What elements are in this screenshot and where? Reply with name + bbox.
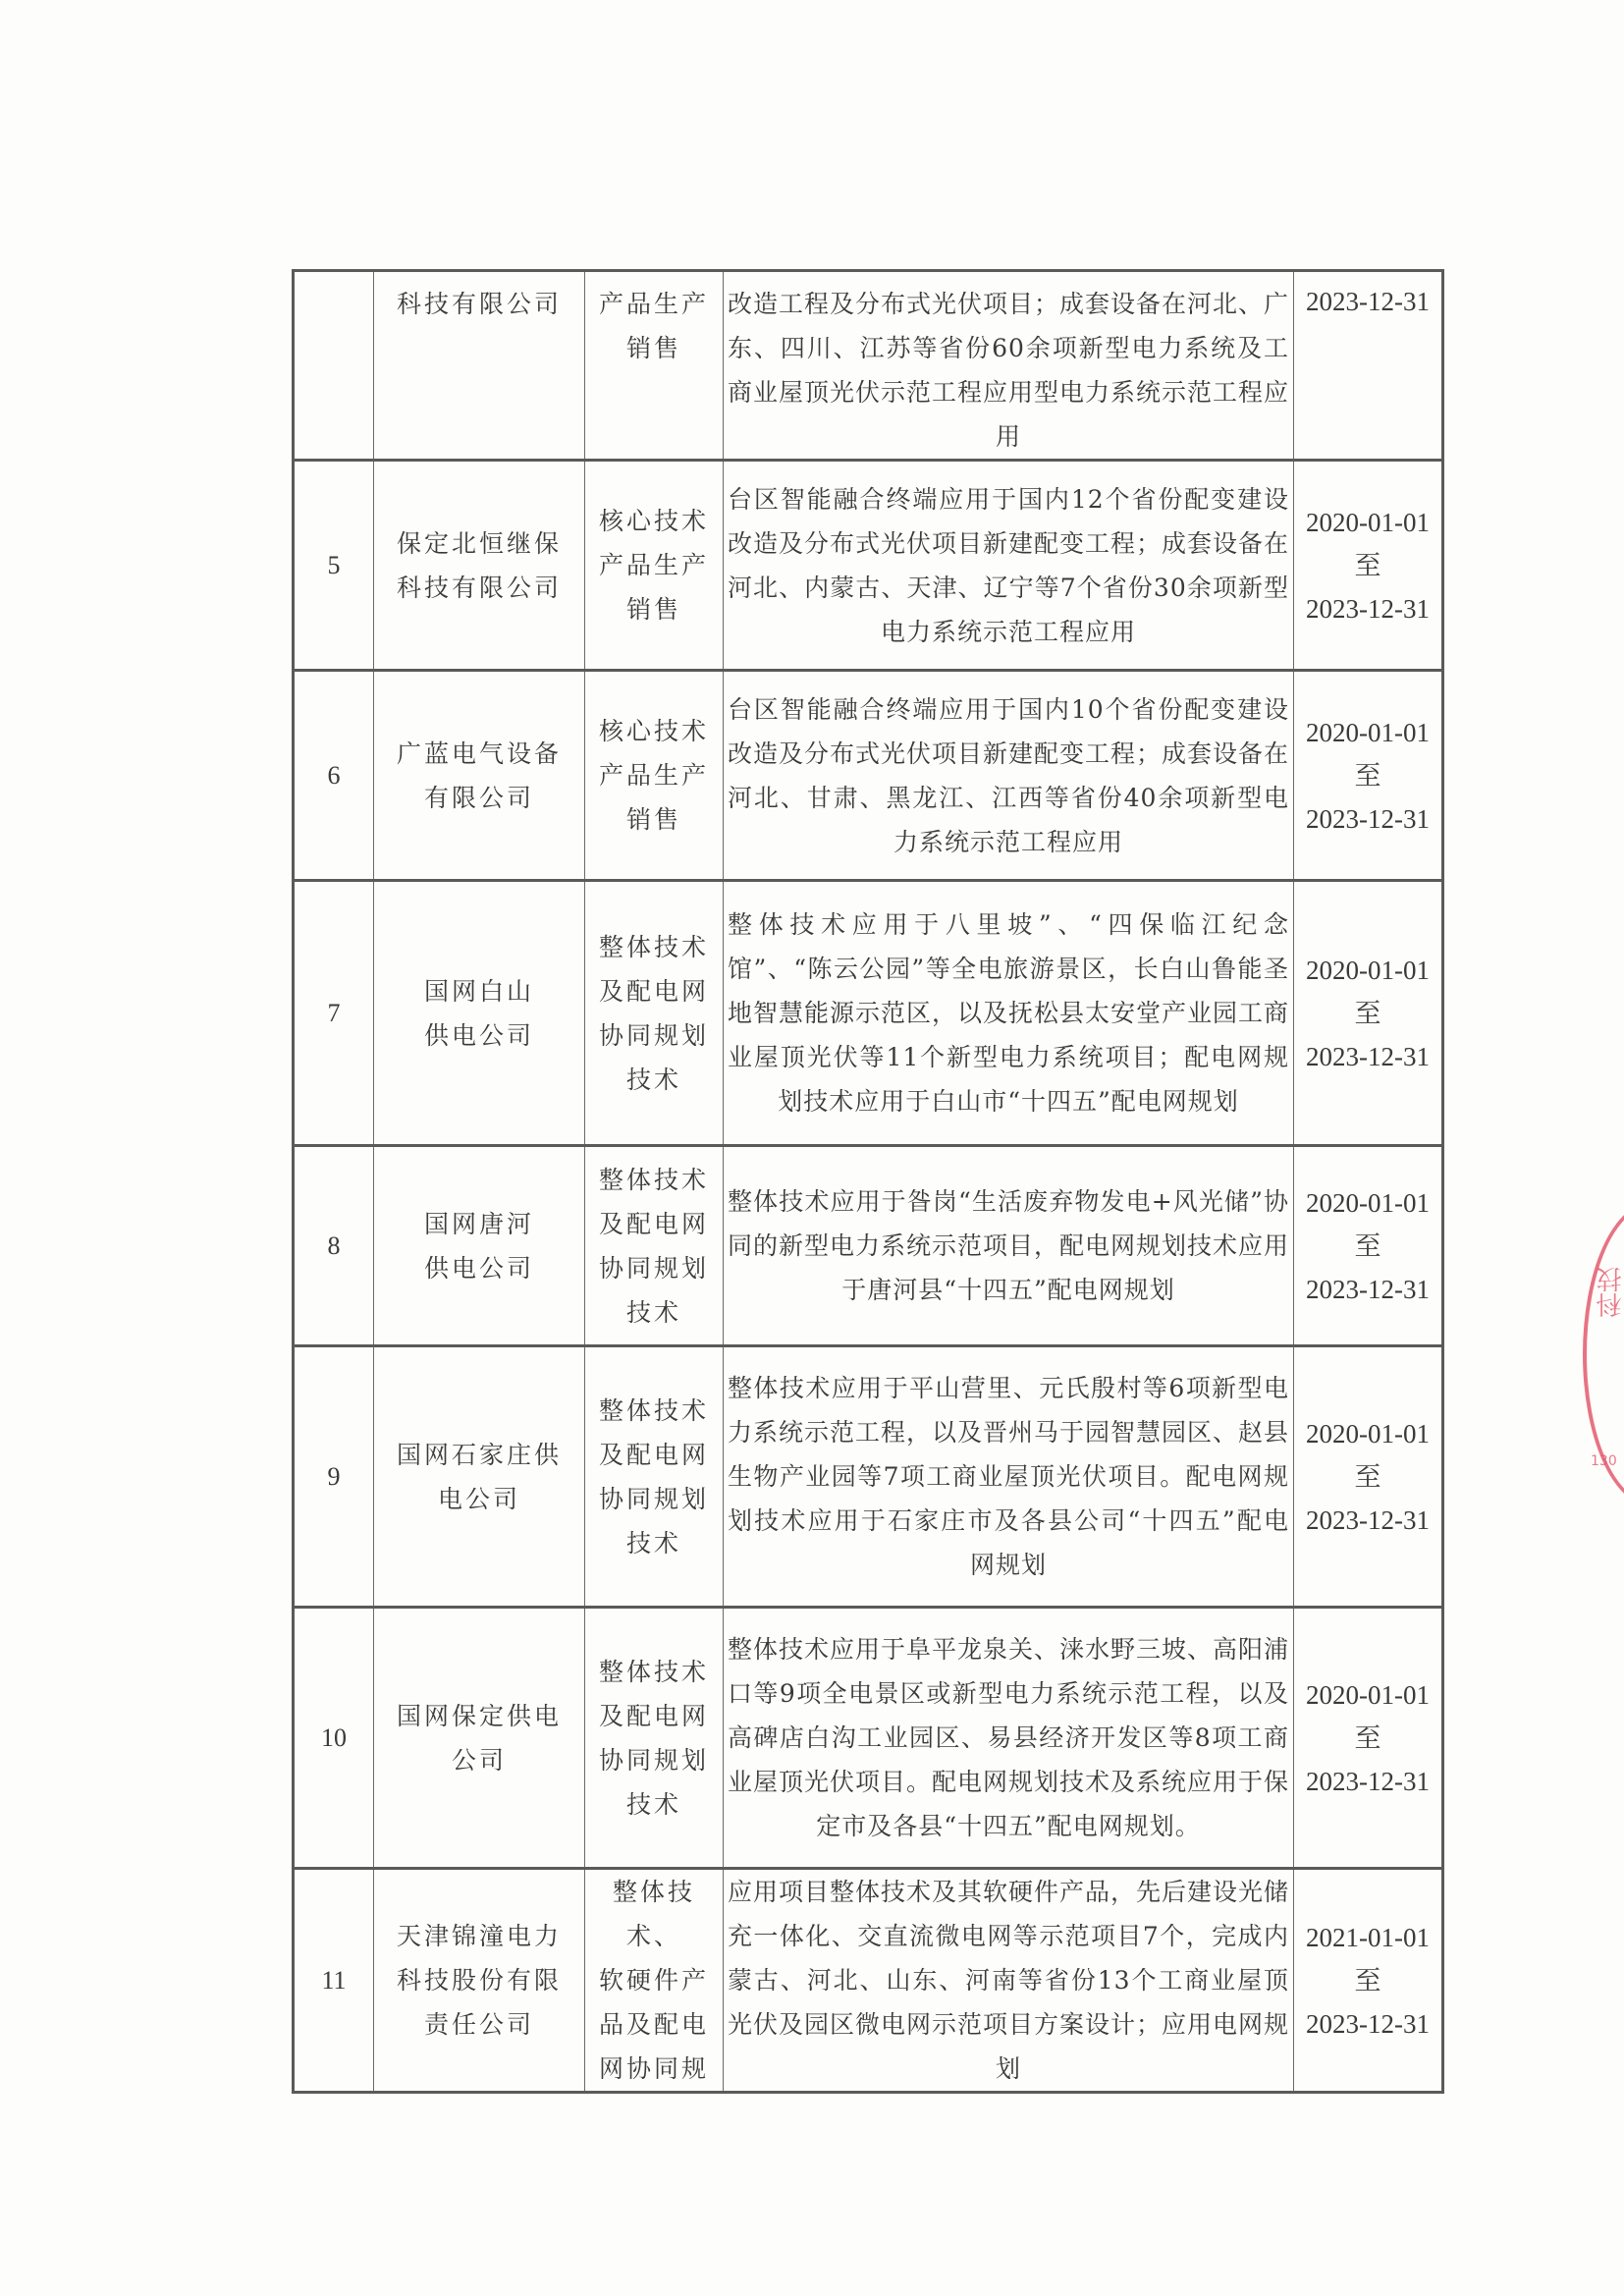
table-row: 9国网石家庄供电公司整体技术及配电网协同规划技术整体技术应用于平山营里、元氏殷村… <box>294 1346 1443 1608</box>
application-type: 整体技术及配电网协同规划技术 <box>585 1608 724 1869</box>
seal-text: 科技 <box>1593 1267 1624 1318</box>
table-row: 10国网保定供电公司整体技术及配电网协同规划技术整体技术应用于阜平龙泉关、涞水野… <box>294 1608 1443 1869</box>
application-type-line: 及配电网 <box>591 969 717 1013</box>
application-type-line: 技术 <box>591 1782 717 1827</box>
application-description: 台区智能融合终端应用于国内12个省份配变建设改造及分布式光伏项目新建配变工程；成… <box>724 461 1294 671</box>
row-number: 8 <box>294 1146 374 1346</box>
application-period: 2021-01-01至2023-12-31 <box>1294 1869 1443 2093</box>
application-type: 产品生产销售 <box>585 271 724 461</box>
application-description: 整体技术应用于阜平龙泉关、涞水野三坡、高阳浦口等9项全电景区或新型电力系统示范工… <box>724 1608 1294 1869</box>
organization-name: 国网唐河供电公司 <box>374 1146 585 1346</box>
date-sep: 至 <box>1294 1717 1441 1760</box>
application-type-line: 销售 <box>591 326 717 370</box>
table-row: 6广蓝电气设备有限公司核心技术产品生产销售台区智能融合终端应用于国内10个省份配… <box>294 671 1443 881</box>
application-type-line: 核心技术 <box>591 709 717 753</box>
date-end: 2023-12-31 <box>1294 1035 1441 1078</box>
date-sep: 至 <box>1294 1455 1441 1499</box>
application-type-line: 整体技术 <box>591 1158 717 1202</box>
application-type-line: 整体技术 <box>591 1389 717 1433</box>
row-number: 5 <box>294 461 374 671</box>
application-period: 2020-01-01至2023-12-31 <box>1294 881 1443 1146</box>
application-period: 2023-12-31 <box>1294 271 1443 461</box>
application-period: 2020-01-01至2023-12-31 <box>1294 1608 1443 1869</box>
application-period: 2020-01-01至2023-12-31 <box>1294 1346 1443 1608</box>
organization-name: 国网保定供电公司 <box>374 1608 585 1869</box>
application-type-line: 协同规划 <box>591 1246 717 1290</box>
application-type: 整体技术及配电网协同规划技术 <box>585 1146 724 1346</box>
date-sep: 至 <box>1294 544 1441 587</box>
application-period: 2020-01-01至2023-12-31 <box>1294 1146 1443 1346</box>
application-description: 台区智能融合终端应用于国内10个省份配变建设改造及分布式光伏项目新建配变工程；成… <box>724 671 1294 881</box>
row-number: 11 <box>294 1869 374 2093</box>
application-type-line: 协同规划 <box>591 1738 717 1782</box>
application-type: 整体技术及配电网协同规划技术 <box>585 881 724 1146</box>
table-row: 5保定北恒继保科技有限公司核心技术产品生产销售台区智能融合终端应用于国内12个省… <box>294 461 1443 671</box>
organization-name-line: 科技股份有限 <box>386 1958 572 2002</box>
organization-name-line: 广蓝电气设备 <box>386 732 572 776</box>
application-type: 核心技术产品生产销售 <box>585 461 724 671</box>
date-end: 2023-12-31 <box>1294 797 1441 841</box>
organization-name-line: 国网保定供电 <box>386 1694 572 1738</box>
row-number: 9 <box>294 1346 374 1608</box>
organization-name-line: 有限公司 <box>386 776 572 820</box>
date-sep: 至 <box>1294 992 1441 1035</box>
application-type-line: 及配电网 <box>591 1433 717 1477</box>
row-number: 7 <box>294 881 374 1146</box>
organization-name: 科技有限公司 <box>374 271 585 461</box>
seal-code: 130 <box>1591 1453 1617 1469</box>
application-type-line: 软硬件产 <box>591 1958 717 2002</box>
application-type: 核心技术产品生产销售 <box>585 671 724 881</box>
organization-name-line: 国网唐河 <box>386 1202 572 1246</box>
application-type-line: 品及配电 <box>591 2002 717 2047</box>
date-start: 2020-01-01 <box>1294 949 1441 992</box>
application-type-line: 及配电网 <box>591 1202 717 1246</box>
application-type-line: 协同规划 <box>591 1477 717 1521</box>
date-start: 2020-01-01 <box>1294 1181 1441 1225</box>
date-end: 2023-12-31 <box>1294 2002 1441 2046</box>
application-type-line: 产品生产 <box>591 753 717 797</box>
table-row: 7国网白山供电公司整体技术及配电网协同规划技术整体技术应用于八里坡”、“四保临江… <box>294 881 1443 1146</box>
application-type-line: 核心技术 <box>591 499 717 543</box>
organization-name-line: 科技有限公司 <box>386 566 572 610</box>
organization-name: 国网白山供电公司 <box>374 881 585 1146</box>
organization-name: 天津锦潼电力科技股份有限责任公司 <box>374 1869 585 2093</box>
application-type-line: 销售 <box>591 587 717 631</box>
organization-name-line: 天津锦潼电力 <box>386 1914 572 1958</box>
application-type: 整体技术、软硬件产品及配电网协同规 <box>585 1869 724 2093</box>
date-sep: 至 <box>1294 1225 1441 1268</box>
application-type-line: 技术 <box>591 1521 717 1565</box>
date-sep: 至 <box>1294 1959 1441 2002</box>
application-type-line: 及配电网 <box>591 1694 717 1738</box>
organization-name-line: 科技有限公司 <box>386 282 572 326</box>
organization-name-line: 电公司 <box>386 1477 572 1521</box>
date-end: 2023-12-31 <box>1294 1760 1441 1803</box>
application-description: 整体技术应用于平山营里、元氏殷村等6项新型电力系统示范工程，以及晋州马于园智慧园… <box>724 1346 1294 1608</box>
date-start: 2020-01-01 <box>1294 1412 1441 1455</box>
application-type-line: 产品生产 <box>591 282 717 326</box>
application-type-line: 销售 <box>591 797 717 842</box>
date-start: 2021-01-01 <box>1294 1916 1441 1959</box>
date-sep: 至 <box>1294 754 1441 797</box>
project-application-table: 科技有限公司产品生产销售改造工程及分布式光伏项目；成套设备在河北、广东、四川、江… <box>292 269 1444 2094</box>
organization-name-line: 国网白山 <box>386 969 572 1013</box>
application-period: 2020-01-01至2023-12-31 <box>1294 671 1443 881</box>
application-description: 整体技术应用于八里坡”、“四保临江纪念馆”、“陈云公园”等全电旅游景区，长白山鲁… <box>724 881 1294 1146</box>
application-description: 应用项目整体技术及其软硬件产品，先后建设光储充一体化、交直流微电网等示范项目7个… <box>724 1869 1294 2093</box>
organization-name-line: 国网石家庄供 <box>386 1433 572 1477</box>
date-end: 2023-12-31 <box>1294 587 1441 630</box>
row-number: 10 <box>294 1608 374 1869</box>
date-start: 2020-01-01 <box>1294 711 1441 754</box>
application-type-line: 产品生产 <box>591 543 717 587</box>
application-type-line: 协同规划 <box>591 1013 717 1058</box>
application-type-line: 整体技术 <box>591 1650 717 1694</box>
row-number: 6 <box>294 671 374 881</box>
organization-name-line: 保定北恒继保 <box>386 521 572 566</box>
organization-name-line: 供电公司 <box>386 1246 572 1290</box>
application-description: 改造工程及分布式光伏项目；成套设备在河北、广东、四川、江苏等省份60余项新型电力… <box>724 271 1294 461</box>
table-row: 科技有限公司产品生产销售改造工程及分布式光伏项目；成套设备在河北、广东、四川、江… <box>294 271 1443 461</box>
date-end: 2023-12-31 <box>1294 280 1441 323</box>
date-start: 2020-01-01 <box>1294 501 1441 544</box>
date-end: 2023-12-31 <box>1294 1268 1441 1311</box>
organization-name-line: 供电公司 <box>386 1013 572 1058</box>
application-type: 整体技术及配电网协同规划技术 <box>585 1346 724 1608</box>
organization-name-line: 公司 <box>386 1738 572 1782</box>
application-type-line: 整体技术、 <box>591 1870 717 1958</box>
application-period: 2020-01-01至2023-12-31 <box>1294 461 1443 671</box>
table-row: 11天津锦潼电力科技股份有限责任公司整体技术、软硬件产品及配电网协同规应用项目整… <box>294 1869 1443 2093</box>
application-description: 整体技术应用于昝岗“生活废弃物发电+风光储”协同的新型电力系统示范项目，配电网规… <box>724 1146 1294 1346</box>
row-number <box>294 271 374 461</box>
date-end: 2023-12-31 <box>1294 1499 1441 1542</box>
application-type-line: 网协同规 <box>591 2047 717 2091</box>
organization-name: 广蓝电气设备有限公司 <box>374 671 585 881</box>
organization-name: 国网石家庄供电公司 <box>374 1346 585 1608</box>
date-start: 2020-01-01 <box>1294 1673 1441 1717</box>
application-type-line: 技术 <box>591 1058 717 1102</box>
table-row: 8国网唐河供电公司整体技术及配电网协同规划技术整体技术应用于昝岗“生活废弃物发电… <box>294 1146 1443 1346</box>
organization-name: 保定北恒继保科技有限公司 <box>374 461 585 671</box>
application-type-line: 整体技术 <box>591 925 717 969</box>
application-type-line: 技术 <box>591 1290 717 1335</box>
organization-name-line: 责任公司 <box>386 2002 572 2047</box>
